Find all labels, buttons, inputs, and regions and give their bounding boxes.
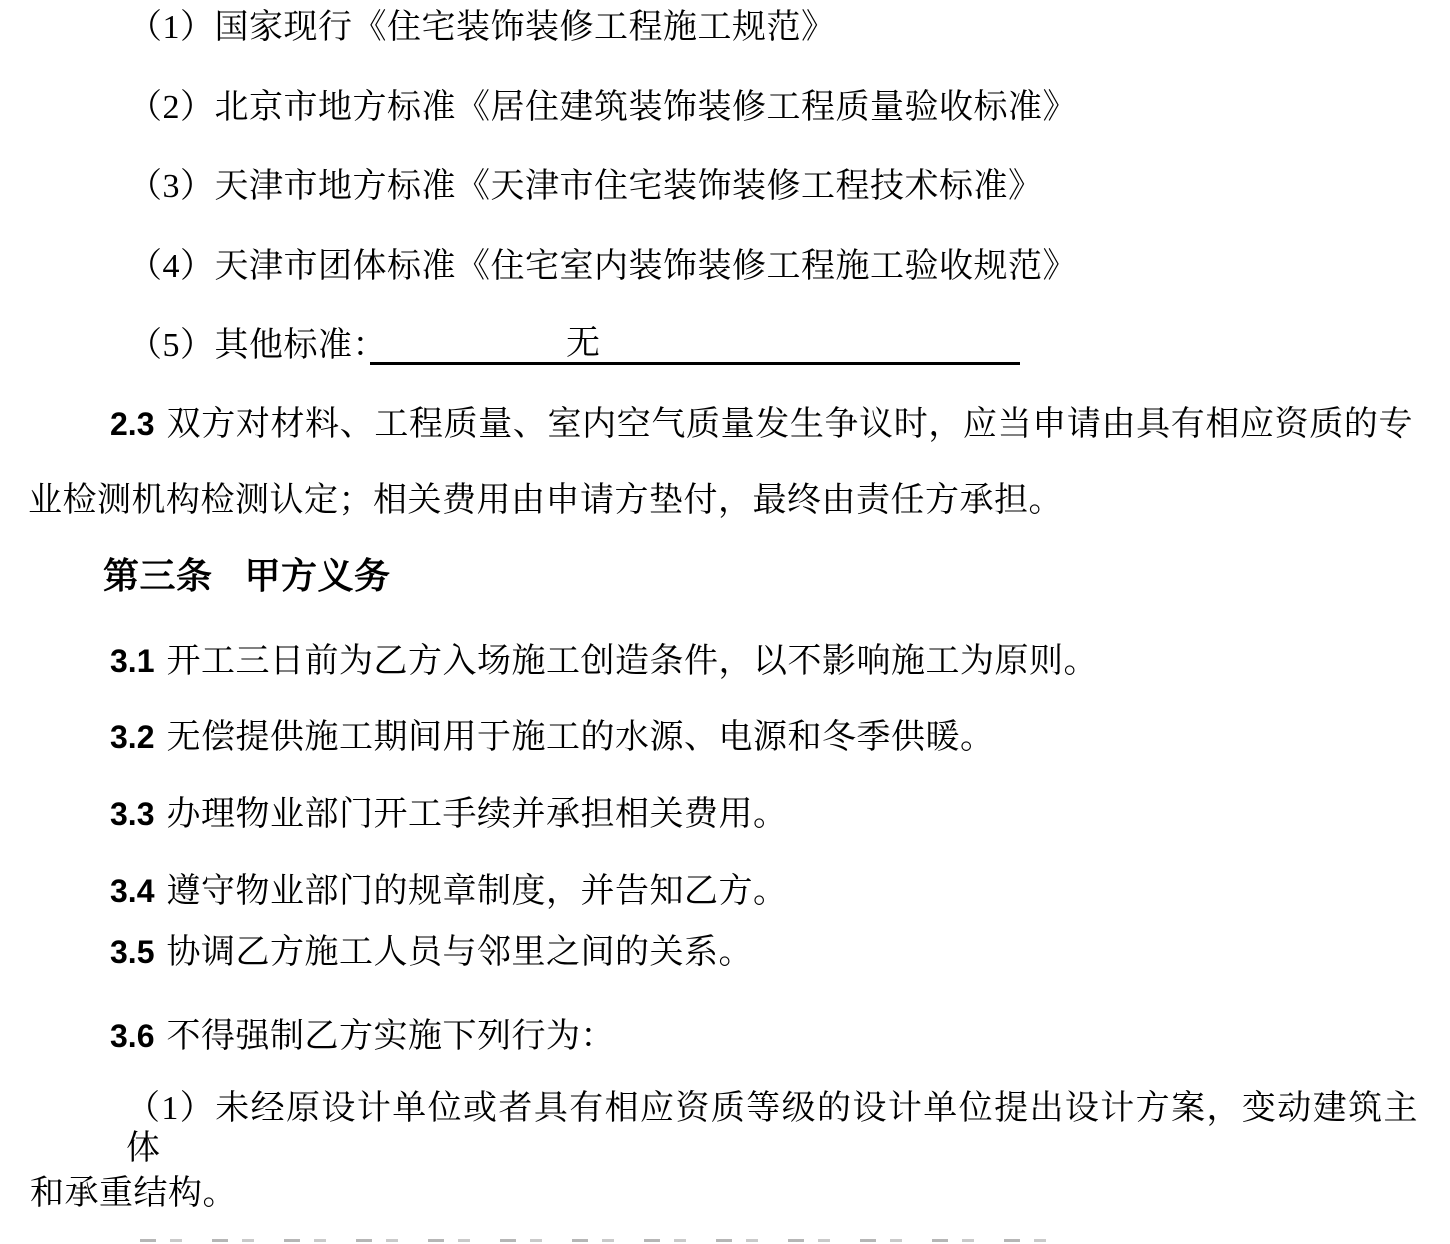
other-standards-blank-line: 无: [370, 324, 1020, 365]
clause-3-6: 3.6不得强制乙方实施下列行为：: [110, 1016, 615, 1057]
other-standards-value: 无: [566, 324, 601, 364]
standards-item-5: （5）其他标准： 无: [128, 326, 387, 366]
article-3-heading-number: 第三条: [103, 556, 213, 596]
clause-2-3-text-1: 双方对材料、工程质量、室内空气质量发生争议时，应当申请由具有相应资质的专: [166, 406, 1413, 443]
standards-item-1: （1）国家现行《住宅装饰装修工程施工规范》: [128, 8, 836, 48]
clause-3-3-number: 3.3: [110, 796, 154, 832]
clause-2-3-number: 2.3: [110, 406, 154, 442]
clause-3-3: 3.3办理物业部门开工手续并承担相关费用。: [110, 794, 787, 835]
standards-item-2: （2）北京市地方标准《居住建筑装饰装修工程质量验收标准》: [128, 88, 1077, 128]
clause-3-1-text: 开工三日前为乙方入场施工创造条件，以不影响施工为原则。: [166, 643, 1098, 680]
clause-3-6-item-1-line-2: 和承重结构。: [30, 1174, 237, 1214]
clause-2-3-line-1: 2.3双方对材料、工程质量、室内空气质量发生争议时，应当申请由具有相应资质的专: [110, 404, 1413, 445]
clause-3-2-number: 3.2: [110, 719, 154, 755]
clause-3-1: 3.1开工三日前为乙方入场施工创造条件，以不影响施工为原则。: [110, 641, 1098, 682]
clipped-next-line-top: [140, 1239, 1060, 1242]
clause-3-4-number: 3.4: [110, 873, 154, 909]
clause-3-1-number: 3.1: [110, 643, 154, 679]
clause-3-6-number: 3.6: [110, 1018, 154, 1054]
article-3-heading: 第三条甲方义务: [103, 556, 391, 596]
clause-3-5-number: 3.5: [110, 934, 154, 970]
clause-3-5-text: 协调乙方施工人员与邻里之间的关系。: [166, 934, 753, 971]
document-page: （1）国家现行《住宅装饰装修工程施工规范》 （2）北京市地方标准《居住建筑装饰装…: [0, 0, 1450, 1244]
standards-item-3: （3）天津市地方标准《天津市住宅装饰装修工程技术标准》: [128, 167, 1043, 207]
standards-item-5-label: （5）其他标准：: [128, 327, 387, 364]
clause-3-2: 3.2无偿提供施工期间用于施工的水源、电源和冬季供暖。: [110, 717, 994, 758]
clause-3-6-text: 不得强制乙方实施下列行为：: [166, 1018, 615, 1055]
standards-item-4: （4）天津市团体标准《住宅室内装饰装修工程施工验收规范》: [128, 247, 1077, 287]
clause-3-4-text: 遵守物业部门的规章制度，并告知乙方。: [166, 873, 787, 910]
clause-3-3-text: 办理物业部门开工手续并承担相关费用。: [166, 796, 787, 833]
article-3-heading-title: 甲方义务: [245, 556, 391, 596]
clause-3-6-item-1-line-1: （1）未经原设计单位或者具有相应资质等级的设计单位提出设计方案，变动建筑主体: [126, 1089, 1418, 1169]
clause-3-5: 3.5协调乙方施工人员与邻里之间的关系。: [110, 932, 753, 973]
clause-2-3-line-2: 业检测机构检测认定；相关费用由申请方垫付，最终由责任方承担。: [28, 481, 1063, 521]
clause-3-4: 3.4遵守物业部门的规章制度，并告知乙方。: [110, 871, 787, 912]
clause-3-2-text: 无偿提供施工期间用于施工的水源、电源和冬季供暖。: [166, 719, 994, 756]
